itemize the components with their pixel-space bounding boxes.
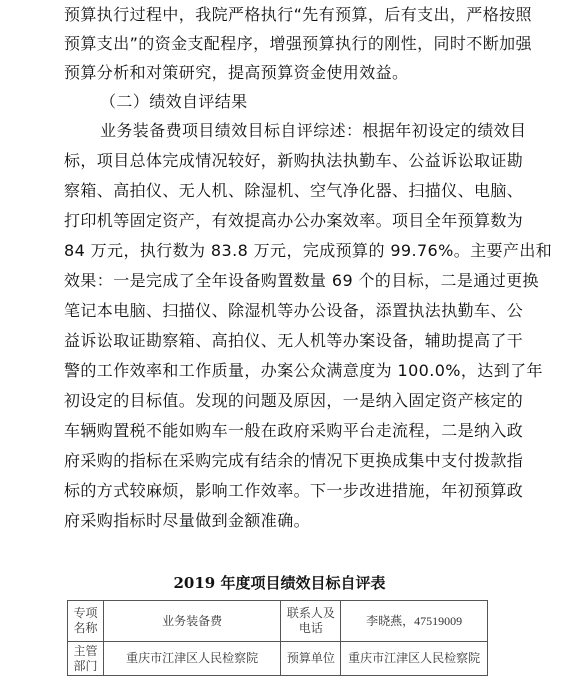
paragraph-line: 警的工作效率和工作质量，办案公众满意度为 100.0%，达到了年 xyxy=(64,356,510,386)
evaluation-table: 专项名称 业务装备费 联系人及电话 李晓燕，47519009 主管部门 重庆市江… xyxy=(67,600,488,676)
value-cell-contact: 李晓燕，47519009 xyxy=(341,601,488,642)
table-row: 专项名称 业务装备费 联系人及电话 李晓燕，47519009 xyxy=(68,601,488,642)
paragraph-line: 预算支出”的资金支配程序，增强预算执行的刚性，同时不断加强 xyxy=(64,29,510,59)
paragraph-line: 笔记本电脑、扫描仪、除湿机等办公设备，添置执法执勤车、公 xyxy=(64,296,510,326)
paragraph-line: 初设定的目标值。发现的问题及原因，一是纳入固定资产核定的 xyxy=(64,386,510,416)
value-cell-department: 重庆市江津区人民检察院 xyxy=(103,642,281,676)
paragraph-line: 标，项目总体完成情况较好，新购执法执勤车、公益诉讼取证勘 xyxy=(64,146,510,176)
paragraph-line: 打印机等固定资产，有效提高办公办案效率。项目全年预算数为 xyxy=(64,206,510,236)
table-row: 主管部门 重庆市江津区人民检察院 预算单位 重庆市江津区人民检察院 xyxy=(68,642,488,676)
paragraph-line: 车辆购置税不能如购车一般在政府采购平台走流程，二是纳入政 xyxy=(64,416,510,446)
section-heading: （二）绩效自评结果 xyxy=(100,87,248,117)
paragraph-line: 效果：一是完成了全年设备购置数量 69 个的目标，二是通过更换 xyxy=(64,266,510,296)
paragraph-line: 84 万元，执行数为 83.8 万元，完成预算的 99.76%。主要产出和 xyxy=(64,236,510,266)
label-cell-contact: 联系人及电话 xyxy=(281,601,341,642)
paragraph-line: 益诉讼取证勘察箱、高拍仪、无人机等办案设备，辅助提高了干 xyxy=(64,326,510,356)
value-cell-budget-unit: 重庆市江津区人民检察院 xyxy=(341,642,488,676)
paragraph-line: 标的方式较麻烦，影响工作效率。下一步改进措施，年初预算政 xyxy=(64,476,510,506)
label-cell-department: 主管部门 xyxy=(68,642,104,676)
paragraph-line: 预算执行过程中，我院严格执行“先有预算，后有支出，严格按照 xyxy=(64,0,510,30)
paragraph-line: 府采购的指标在采购完成有结余的情况下更换成集中支付拨款指 xyxy=(64,446,510,476)
value-cell-project-name: 业务装备费 xyxy=(103,601,281,642)
paragraph-line: 业务装备费项目绩效目标自评综述：根据年初设定的绩效目 xyxy=(100,116,510,146)
paragraph-line: 察箱、高拍仪、无人机、除湿机、空气净化器、扫描仪、电脑、 xyxy=(64,176,510,206)
label-cell-project-name: 专项名称 xyxy=(68,601,104,642)
label-cell-budget-unit: 预算单位 xyxy=(281,642,341,676)
table-title: 2019 年度项目绩效目标自评表 xyxy=(0,573,559,593)
document-page: 预算执行过程中，我院严格执行“先有预算，后有支出，严格按照 预算支出”的资金支配… xyxy=(0,0,573,684)
paragraph-line: 府采购指标时尽量做到金额准确。 xyxy=(64,506,510,536)
paragraph-line: 预算分析和对策研究，提高预算资金使用效益。 xyxy=(64,58,510,88)
